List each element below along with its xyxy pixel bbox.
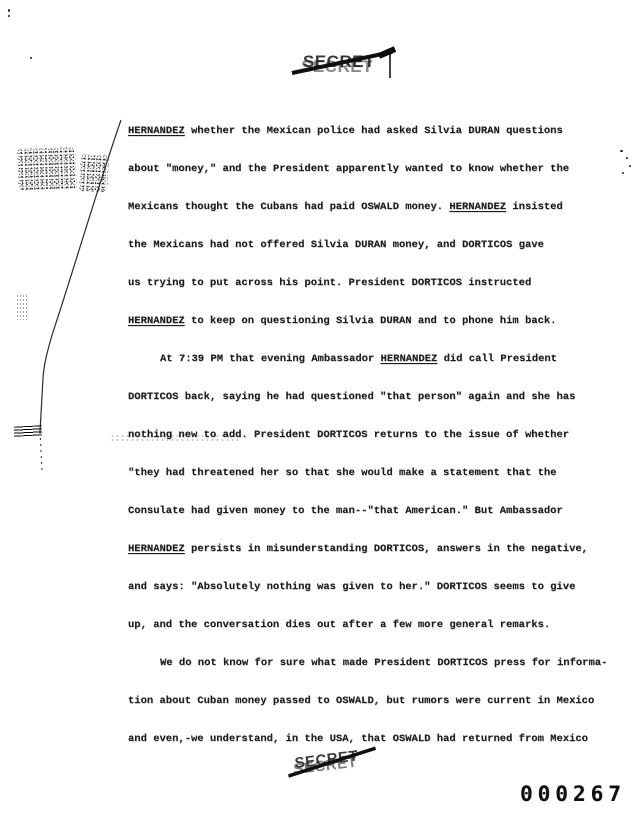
serial-number: 000267 [520, 782, 626, 806]
noise-speck [8, 15, 10, 17]
text-line: Mexicans thought the Cubans had paid OSW… [128, 188, 633, 226]
noise-speck [629, 165, 631, 167]
text-line: At 7:39 PM that evening Ambassador HERNA… [128, 340, 633, 378]
text-line: HERNANDEZ to keep on questioning Silvia … [128, 302, 633, 340]
text-line: HERNANDEZ whether the Mexican police had… [128, 112, 633, 150]
text-line: about "money," and the President apparen… [128, 150, 633, 188]
text-line: "they had threatened her so that she wou… [128, 454, 633, 492]
toner-smudge-left-2 [79, 154, 109, 192]
margin-squiggle-mark [16, 294, 28, 320]
text-line: We do not know for sure what made Presid… [128, 644, 633, 682]
document-page: SECRET SECRET HERNANDEZ whether the Mexi… [0, 0, 638, 824]
text-line: and says: "Absolutely nothing was given … [128, 568, 633, 606]
noise-speck [626, 157, 628, 159]
faint-pencil-scribble [110, 434, 240, 442]
text-line: up, and the conversation dies out after … [128, 606, 633, 644]
margin-dark-mark [14, 425, 42, 436]
text-line: us trying to put across his point. Presi… [128, 264, 633, 302]
noise-speck [8, 9, 10, 12]
noise-speck [30, 57, 32, 59]
text-line: tion about Cuban money passed to OSWALD,… [128, 682, 633, 720]
text-line: HERNANDEZ persists in misunderstanding D… [128, 530, 633, 568]
toner-smudge-left [17, 147, 76, 191]
text-line: the Mexicans had not offered Silvia DURA… [128, 226, 633, 264]
noise-speck [620, 150, 623, 152]
text-line: DORTICOS back, saying he had questioned … [128, 378, 633, 416]
secret-stamp-top: SECRET SECRET [291, 40, 403, 84]
strike-end-blob [379, 49, 395, 56]
noise-speck [622, 172, 624, 174]
secret-stamp-top-graphic: SECRET SECRET [291, 40, 403, 84]
text-line: Consulate had given money to the man--"t… [128, 492, 633, 530]
